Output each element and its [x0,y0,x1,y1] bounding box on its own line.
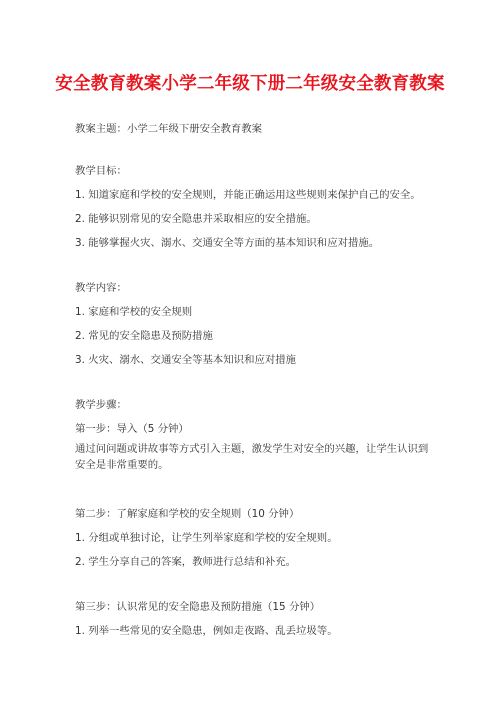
lesson-topic: 教案主题：小学二年级下册安全教育教案 [75,120,262,135]
content-heading: 教学内容： [75,279,127,294]
step3-title: 第三步：认识常见的安全隐患及预防措施（15 分钟） [75,598,320,613]
objective-item: 1. 知道家庭和学校的安全规则，并能正确运用这些规则来保护自己的安全。 [75,186,421,201]
content-item: 2. 常见的安全隐患及预防措施 [75,327,213,342]
steps-heading: 教学步骤： [75,396,127,411]
objectives-heading: 教学目标： [75,162,127,177]
step3-item: 1. 列举一些常见的安全隐患，例如走夜路、乱丢垃圾等。 [75,622,338,637]
step1-text: 通过问问题或讲故事等方式引入主题，激发学生对安全的兴趣，让学生认识到安全是非常重… [75,441,430,473]
content-item: 3. 火灾、溺水、交通安全等基本知识和应对措施 [75,351,296,366]
step2-title: 第二步：了解家庭和学校的安全规则（10 分钟） [75,505,299,520]
step2-item: 2. 学生分享自己的答案，教师进行总结和补充。 [75,553,296,568]
document-title: 安全教育教案小学二年级下册二年级安全教育教案 [0,70,500,95]
content-item: 1. 家庭和学校的安全规则 [75,303,192,318]
objective-item: 2. 能够识别常见的安全隐患并采取相应的安全措施。 [75,210,317,225]
step2-item: 1. 分组或单独讨论，让学生列举家庭和学校的安全规则。 [75,529,338,544]
objective-item: 3. 能够掌握火灾、溺水、交通安全等方面的基本知识和应对措施。 [75,234,379,249]
step1-title: 第一步：导入（5 分钟） [75,420,189,435]
